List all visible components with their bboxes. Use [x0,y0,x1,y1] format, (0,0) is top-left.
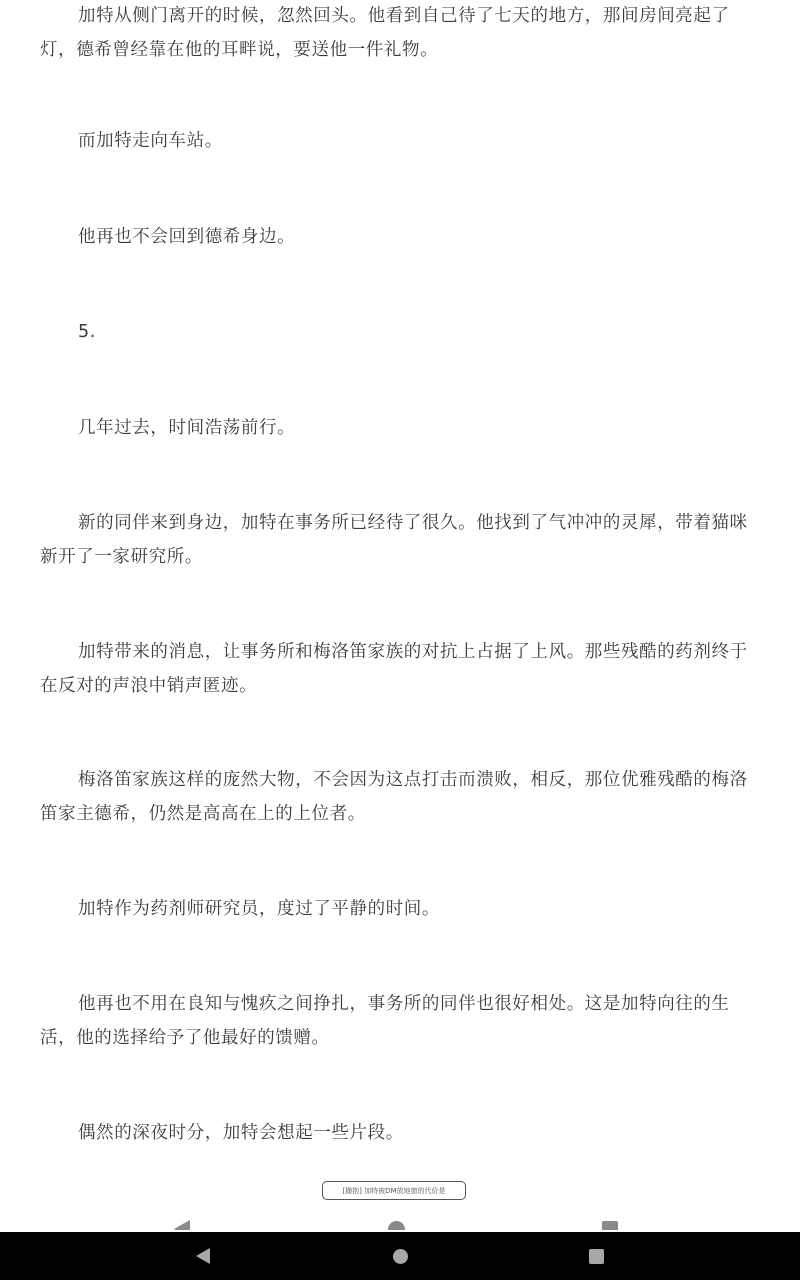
paragraph: 加特作为药剂师研究员，度过了平静的时间。 [40,892,752,926]
paragraph: 加特带来的消息，让事务所和梅洛笛家族的对抗上占据了上风。那些残酷的药剂终于在反对… [40,635,752,703]
recents-button[interactable] [564,1232,628,1280]
back-button[interactable] [171,1232,235,1280]
back-triangle-icon [196,1248,210,1264]
home-circle-icon [393,1249,408,1264]
paragraph: 而加特走向车站。 [40,124,752,158]
next-chapter-badge[interactable]: [撮抱] 加特被DM放地窗的代价是 [322,1181,466,1200]
overlay-nav-shadow [0,1216,800,1230]
paragraph: 几年过去，时间浩荡前行。 [40,411,752,445]
next-chapter-label: [撮抱] 加特被DM放地窗的代价是 [342,1186,445,1196]
recents-square-icon [589,1249,604,1264]
system-navigation-bar [0,1232,800,1280]
home-shadow-icon [388,1221,405,1230]
recents-shadow-icon [602,1221,618,1230]
paragraph: 偶然的深夜时分，加特会想起一些片段。 [40,1116,752,1150]
paragraph: 新的同伴来到身边，加特在事务所已经待了很久。他找到了气冲冲的灵犀，带着猫咪新开了… [40,506,752,574]
back-shadow-icon [174,1220,190,1230]
paragraph: 他再也不会回到德希身边。 [40,220,752,254]
chapter-number: 5. [40,315,752,349]
home-button[interactable] [368,1232,432,1280]
paragraph: 他再也不用在良知与愧疚之间挣扎，事务所的同伴也很好相处。这是加特向往的生活，他的… [40,987,752,1055]
paragraph: 梅洛笛家族这样的庞然大物，不会因为这点打击而溃败，相反，那位优雅残酷的梅洛笛家主… [40,763,752,831]
reader-content: 加特从侧门离开的时候，忽然回头。他看到自己待了七天的地方，那间房间亮起了灯，德希… [0,0,800,1230]
paragraph: 加特从侧门离开的时候，忽然回头。他看到自己待了七天的地方，那间房间亮起了灯，德希… [40,0,752,67]
